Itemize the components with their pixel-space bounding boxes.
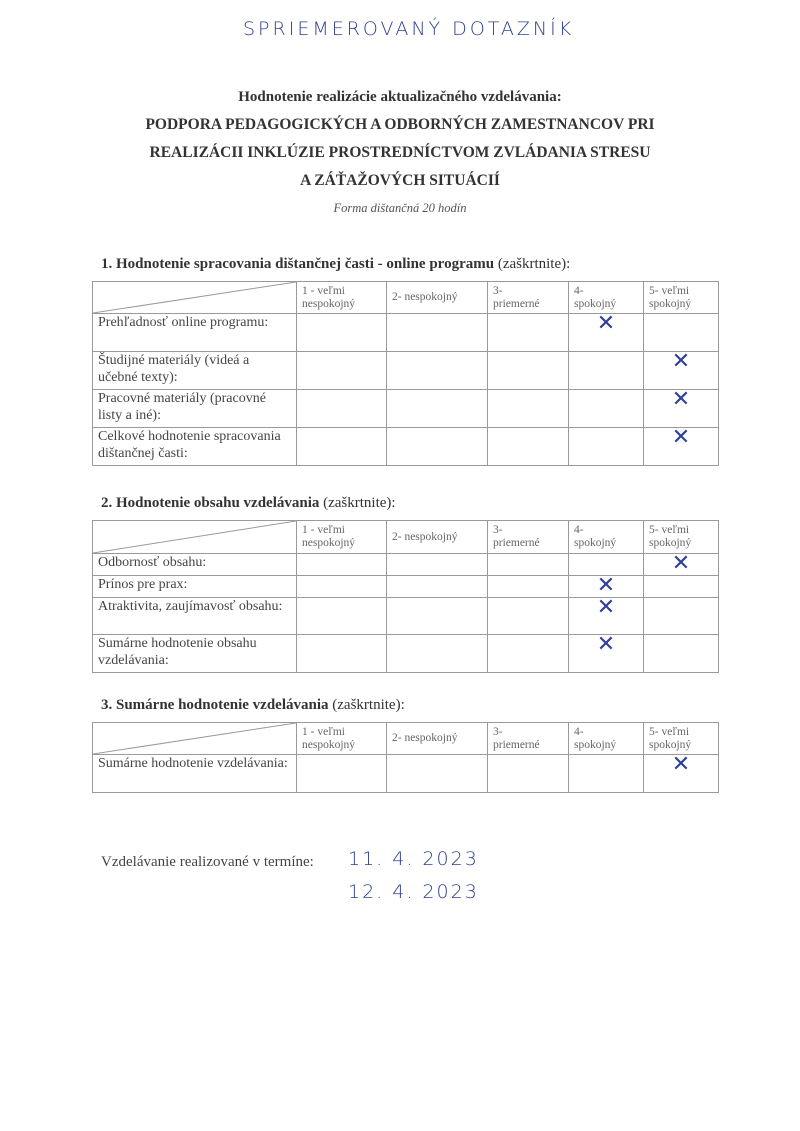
rating-cell-1[interactable] — [297, 635, 387, 673]
course-title-line-1: PODPORA PEDAGOGICKÝCH A ODBORNÝCH ZAMEST… — [0, 116, 800, 134]
row-label: Študijné materiály (videá a učebné texty… — [93, 352, 297, 390]
rating-cell-4[interactable] — [569, 390, 644, 428]
rating-cell-2[interactable] — [387, 554, 488, 576]
diagonal-header-cell — [93, 282, 297, 314]
column-header-2: 2- nespokojný — [387, 521, 488, 554]
row-label: Prehľadnosť online programu: — [93, 314, 297, 352]
checkmark-x-icon: ✕ — [597, 595, 615, 620]
row-label: Pracovné materiály (pracovné listy a iné… — [93, 390, 297, 428]
section-2-instruction: (zaškrtnite): — [323, 495, 395, 511]
date-label: Vzdelávanie realizované v termíne: — [101, 854, 314, 871]
column-header-4: 4-spokojný — [569, 521, 644, 554]
checkmark-x-icon: ✕ — [672, 551, 690, 576]
table-row: Odbornosť obsahu:✕ — [93, 554, 719, 576]
rating-cell-3[interactable] — [488, 352, 569, 390]
rating-cell-3[interactable] — [488, 390, 569, 428]
rating-cell-2[interactable] — [387, 428, 488, 466]
section-2-heading: 2. Hodnotenie obsahu vzdelávania (zaškrt… — [101, 495, 396, 512]
column-header-5: 5- veľmispokojný — [644, 723, 719, 755]
table-header-row: 1 - veľminespokojný 2- nespokojný 3-prie… — [93, 723, 719, 755]
rating-cell-5[interactable]: ✕ — [644, 755, 719, 793]
checkmark-x-icon: ✕ — [672, 425, 690, 450]
column-header-3: 3-priemerné — [488, 723, 569, 755]
column-header-5: 5- veľmispokojný — [644, 521, 719, 554]
rating-cell-4[interactable]: ✕ — [569, 598, 644, 635]
rating-cell-3[interactable] — [488, 755, 569, 793]
table-row: Prehľadnosť online programu:✕ — [93, 314, 719, 352]
rating-cell-5[interactable]: ✕ — [644, 428, 719, 466]
rating-cell-4[interactable]: ✕ — [569, 314, 644, 352]
rating-cell-1[interactable] — [297, 314, 387, 352]
section-1-rating-table: 1 - veľminespokojný 2- nespokojný 3-prie… — [92, 281, 719, 466]
row-label: Atraktivita, zaujímavosť obsahu: — [93, 598, 297, 635]
column-header-5: 5- veľmispokojný — [644, 282, 719, 314]
rating-cell-2[interactable] — [387, 635, 488, 673]
rating-cell-5[interactable] — [644, 576, 719, 598]
table-header-row: 1 - veľminespokojný 2- nespokojný 3-prie… — [93, 282, 719, 314]
section-1-instruction: (zaškrtnite): — [498, 256, 570, 272]
form-title: Hodnotenie realizácie aktualizačného vzd… — [0, 89, 800, 106]
checkmark-x-icon: ✕ — [597, 632, 615, 657]
table-row: Pracovné materiály (pracovné listy a iné… — [93, 390, 719, 428]
table-row: Sumárne hodnotenie obsahu vzdelávania:✕ — [93, 635, 719, 673]
column-header-1: 1 - veľminespokojný — [297, 723, 387, 755]
rating-cell-4[interactable] — [569, 352, 644, 390]
row-label: Odbornosť obsahu: — [93, 554, 297, 576]
rating-cell-2[interactable] — [387, 352, 488, 390]
course-form-subtitle: Forma dištančná 20 hodín — [0, 201, 800, 216]
column-header-1: 1 - veľminespokojný — [297, 521, 387, 554]
rating-cell-3[interactable] — [488, 576, 569, 598]
table-row: Prínos pre prax:✕ — [93, 576, 719, 598]
row-label: Prínos pre prax: — [93, 576, 297, 598]
section-3-rating-table: 1 - veľminespokojný 2- nespokojný 3-prie… — [92, 722, 719, 793]
rating-cell-1[interactable] — [297, 576, 387, 598]
rating-cell-1[interactable] — [297, 390, 387, 428]
column-header-3: 3-priemerné — [488, 521, 569, 554]
table-row: Sumárne hodnotenie vzdelávania:✕ — [93, 755, 719, 793]
rating-cell-1[interactable] — [297, 352, 387, 390]
rating-cell-1[interactable] — [297, 554, 387, 576]
rating-cell-2[interactable] — [387, 598, 488, 635]
section-1-heading: 1. Hodnotenie spracovania dištančnej čas… — [101, 256, 570, 273]
checkmark-x-icon: ✕ — [672, 387, 690, 412]
rating-cell-1[interactable] — [297, 428, 387, 466]
rating-cell-2[interactable] — [387, 314, 488, 352]
row-label: Sumárne hodnotenie vzdelávania: — [93, 755, 297, 793]
table-row: Celkové hodnotenie spracovania dištančne… — [93, 428, 719, 466]
section-2-title: 2. Hodnotenie obsahu vzdelávania — [101, 495, 319, 511]
rating-cell-3[interactable] — [488, 554, 569, 576]
handwritten-date-2: 12. 4. 2023 — [348, 881, 479, 903]
rating-cell-5[interactable]: ✕ — [644, 352, 719, 390]
rating-cell-1[interactable] — [297, 755, 387, 793]
column-header-3: 3-priemerné — [488, 282, 569, 314]
handwritten-date-1: 11. 4. 2023 — [348, 848, 479, 870]
diagonal-header-cell — [93, 521, 297, 554]
course-title-line-2: REALIZÁCII INKLÚZIE PROSTREDNÍCTVOM ZVLÁ… — [0, 144, 800, 162]
column-header-4: 4-spokojný — [569, 723, 644, 755]
section-3-heading: 3. Sumárne hodnotenie vzdelávania (zaškr… — [101, 697, 405, 714]
rating-cell-5[interactable]: ✕ — [644, 554, 719, 576]
table-row: Študijné materiály (videá a učebné texty… — [93, 352, 719, 390]
section-1-title: 1. Hodnotenie spracovania dištančnej čas… — [101, 256, 494, 272]
column-header-1: 1 - veľminespokojný — [297, 282, 387, 314]
row-label: Sumárne hodnotenie obsahu vzdelávania: — [93, 635, 297, 673]
rating-cell-4[interactable] — [569, 755, 644, 793]
rating-cell-4[interactable]: ✕ — [569, 635, 644, 673]
table-header-row: 1 - veľminespokojný 2- nespokojný 3-prie… — [93, 521, 719, 554]
table-row: Atraktivita, zaujímavosť obsahu:✕ — [93, 598, 719, 635]
rating-cell-2[interactable] — [387, 755, 488, 793]
section-3-instruction: (zaškrtnite): — [332, 697, 404, 713]
rating-cell-5[interactable] — [644, 598, 719, 635]
checkmark-x-icon: ✕ — [672, 752, 690, 777]
checkmark-x-icon: ✕ — [597, 311, 615, 336]
row-label: Celkové hodnotenie spracovania dištančne… — [93, 428, 297, 466]
rating-cell-2[interactable] — [387, 576, 488, 598]
rating-cell-3[interactable] — [488, 314, 569, 352]
column-header-2: 2- nespokojný — [387, 723, 488, 755]
checkmark-x-icon: ✕ — [672, 349, 690, 374]
handwritten-header: SPRIEMEROVANÝ DOTAZNÍK — [243, 18, 574, 40]
rating-cell-5[interactable] — [644, 314, 719, 352]
diagonal-header-cell — [93, 723, 297, 755]
rating-cell-4[interactable] — [569, 428, 644, 466]
rating-cell-3[interactable] — [488, 428, 569, 466]
rating-cell-5[interactable] — [644, 635, 719, 673]
rating-cell-1[interactable] — [297, 598, 387, 635]
course-title-line-3: A ZÁŤAŽOVÝCH SITUÁCIÍ — [0, 172, 800, 190]
rating-cell-3[interactable] — [488, 598, 569, 635]
column-header-4: 4-spokojný — [569, 282, 644, 314]
section-2-rating-table: 1 - veľminespokojný 2- nespokojný 3-prie… — [92, 520, 719, 673]
rating-cell-3[interactable] — [488, 635, 569, 673]
column-header-2: 2- nespokojný — [387, 282, 488, 314]
rating-cell-2[interactable] — [387, 390, 488, 428]
rating-cell-5[interactable]: ✕ — [644, 390, 719, 428]
section-3-title: 3. Sumárne hodnotenie vzdelávania — [101, 697, 329, 713]
